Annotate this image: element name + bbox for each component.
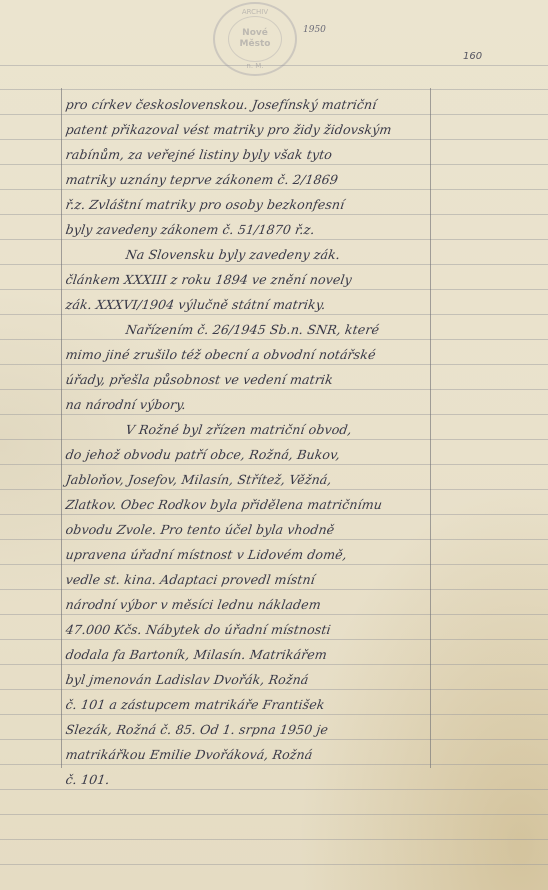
text-line: mimo jiné zrušilo též obecní a obvodní n… [64,342,464,367]
text-line: do jehož obvodu patří obce, Rožná, Bukov… [64,442,464,467]
text-line: Jabloňov, Josefov, Milasín, Střítež, Věž… [64,467,464,492]
text-line: patent přikazoval vést matriky pro židy … [64,117,464,142]
ruled-line [0,814,548,815]
document-page: ARCHIV Nové Město n. M. 1950 160 pro cír… [0,0,548,890]
text-line: matriky uznány teprve zákonem č. 2/1869 [64,167,464,192]
text-line: vedle st. kina. Adaptaci provedl místní [64,567,464,592]
text-line: č. 101. [64,767,464,792]
year-note: 1950 [303,25,326,35]
ruled-line [0,864,548,865]
text-line-paragraph-start: V Rožné byl zřízen matriční obvod, [64,417,464,442]
text-line: upravena úřadní místnost v Lidovém domě, [64,542,464,567]
text-line: pro církev československou. Josefínský m… [64,92,464,117]
text-line-paragraph-start: Nařízením č. 26/1945 Sb.n. SNR, které [64,317,464,342]
page-number: 160 [463,51,482,62]
text-line: 47.000 Kčs. Nábytek do úřadní místnosti [64,617,464,642]
stamp-top-text: ARCHIV [242,8,268,16]
stamp-inner-ring: Nové Město [228,16,282,62]
stamp-center-text: Nové Město [229,28,281,50]
ruled-line [0,89,548,90]
text-line: zák. XXXVI/1904 výlučně státní matriky. [64,292,464,317]
text-line-paragraph-start: Na Slovensku byly zavedeny zák. [64,242,464,267]
text-line: dodala fa Bartoník, Milasín. Matrikářem [64,642,464,667]
ruled-line [0,839,548,840]
text-line: úřady, přešla působnost ve vedení matrik [64,367,464,392]
text-line: byly zavedeny zákonem č. 51/1870 ř.z. [64,217,464,242]
archive-stamp: ARCHIV Nové Město n. M. [213,2,297,76]
text-line: národní výbor v měsíci lednu nákladem [64,592,464,617]
text-line: obvodu Zvole. Pro tento účel byla vhodně [64,517,464,542]
text-line: matrikářkou Emilie Dvořáková, Rožná [64,742,464,767]
stamp-bottom-text: n. M. [246,62,263,70]
text-line: rabínům, za veřejné listiny byly však ty… [64,142,464,167]
text-line: ř.z. Zvláštní matriky pro osoby bezkonfe… [64,192,464,217]
text-line: Slezák, Rožná č. 85. Od 1. srpna 1950 je [64,717,464,742]
text-line: byl jmenován Ladislav Dvořák, Rožná [64,667,464,692]
text-line: Zlatkov. Obec Rodkov byla přidělena matr… [64,492,464,517]
text-line: článkem XXXIII z roku 1894 ve znění nove… [64,267,464,292]
left-margin-line [61,88,62,768]
text-line: č. 101 a zástupcem matrikáře František [64,692,464,717]
handwritten-text: pro církev československou. Josefínský m… [64,92,460,792]
text-line: na národní výbory. [64,392,464,417]
